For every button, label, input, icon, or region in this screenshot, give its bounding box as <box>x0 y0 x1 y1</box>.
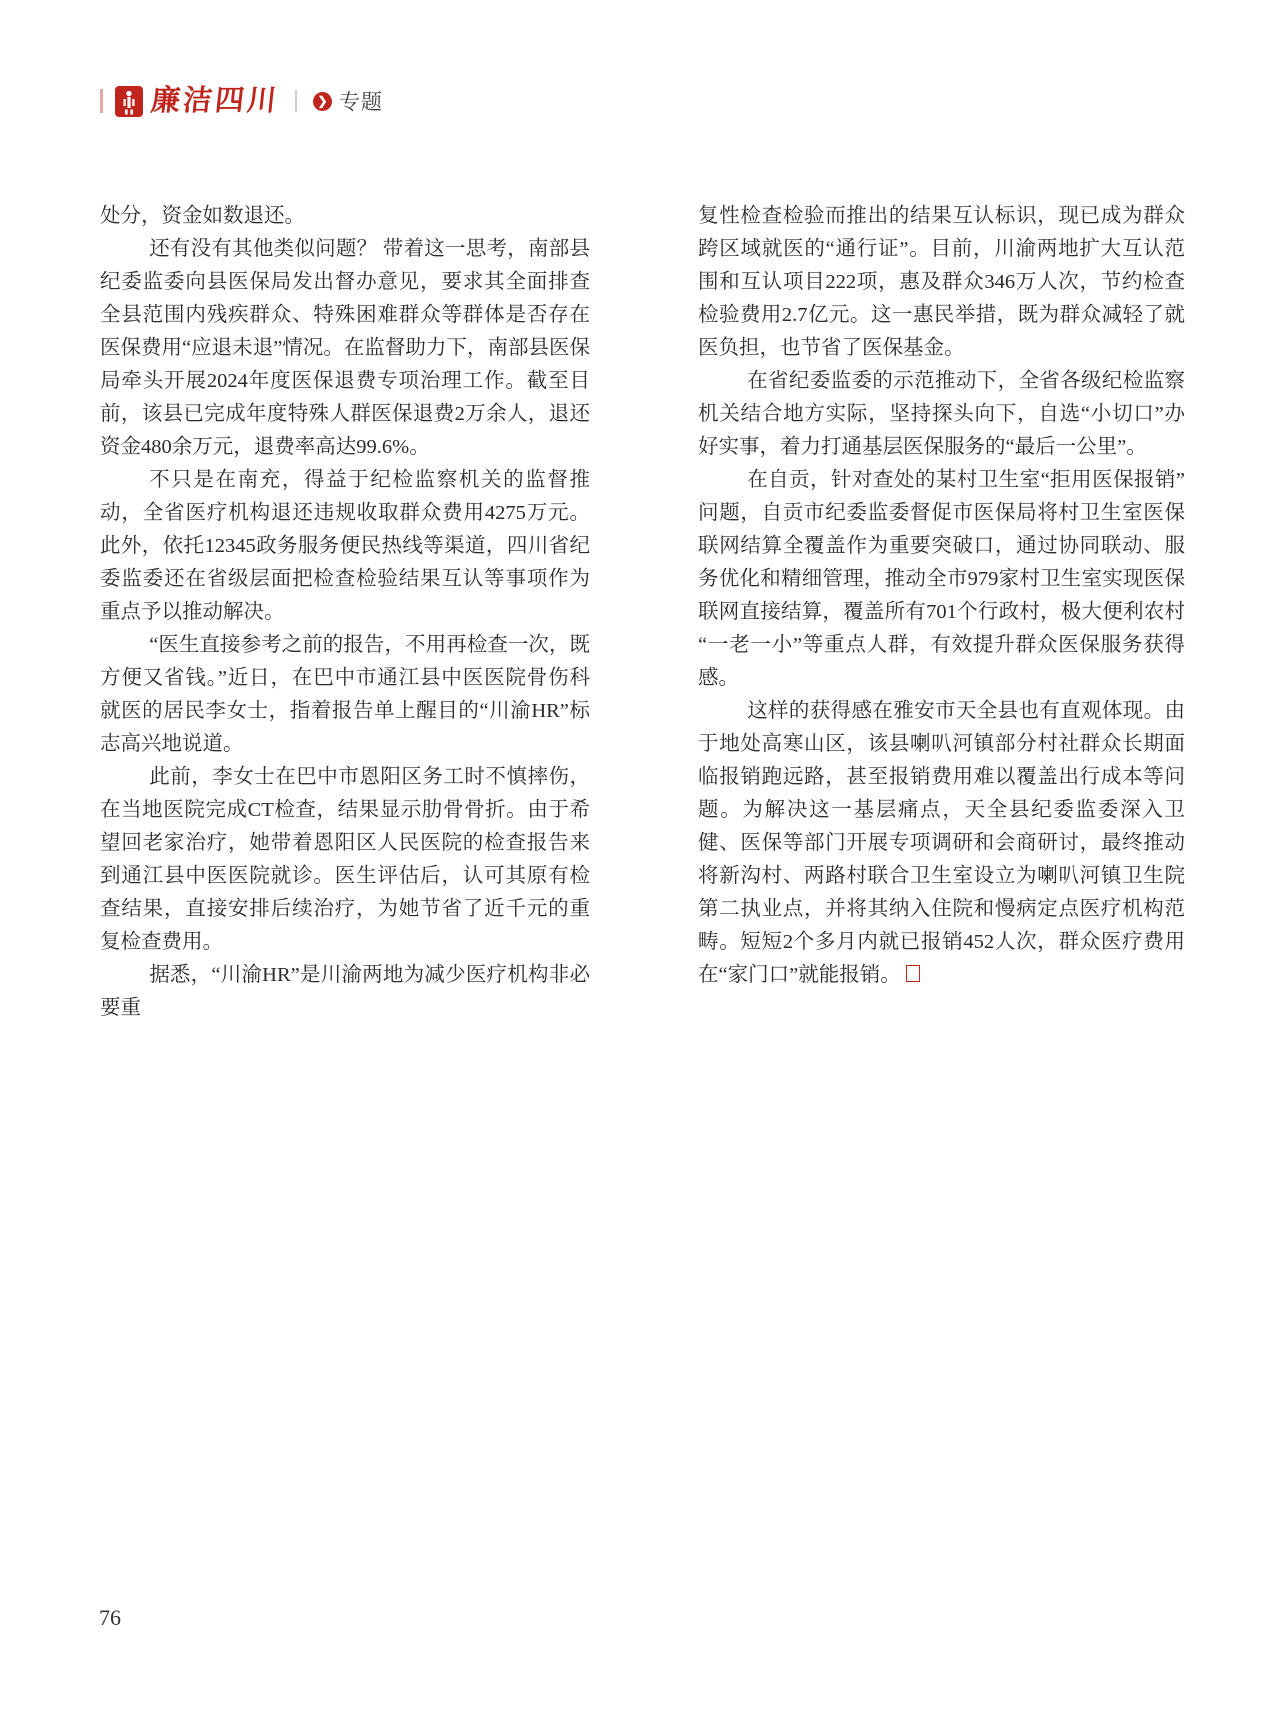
lianjie-sichuan-seal-icon <box>115 86 143 117</box>
paragraph: “医生直接参考之前的报告，不用再检查一次，既方便又省钱。”近日，在巴中市通江县中… <box>100 629 590 761</box>
paragraph: 此前，李女士在巴中市恩阳区务工时不慎摔伤，在当地医院完成CT检查，结果显示肋骨骨… <box>100 761 590 959</box>
header-divider <box>295 90 297 112</box>
article-end-mark-icon: 廉 <box>906 965 920 982</box>
paragraph: 不只是在南充，得益于纪检监察机关的监督推动，全省医疗机构退还违规收取群众费用42… <box>100 464 590 629</box>
section-arrow-icon: ❯ <box>313 92 332 111</box>
paragraph: 复性检查检验而推出的结果互认标识，现已成为群众跨区域就医的“通行证”。目前，川渝… <box>698 200 1185 365</box>
header-accent-bar <box>100 89 103 113</box>
paragraph: 在自贡，针对查处的某村卫生室“拒用医保报销”问题，自贡市纪委监委督促市医保局将村… <box>698 464 1185 695</box>
paragraph: 处分，资金如数退还。 <box>100 200 590 233</box>
lianjie-sichuan-logo-text: 廉洁四川 <box>149 87 280 116</box>
article-right-column: 复性检查检验而推出的结果互认标识，现已成为群众跨区域就医的“通行证”。目前，川渝… <box>698 200 1185 1025</box>
paragraph: 据悉，“川渝HR”是川渝两地为减少医疗机构非必要重 <box>100 959 590 1025</box>
paragraph: 这样的获得感在雅安市天全县也有直观体现。由于地处高寒山区，该县喇叭河镇部分村社群… <box>698 695 1185 992</box>
article-left-column: 处分，资金如数退还。 还有没有其他类似问题？ 带着这一思考，南部县纪委监委向县医… <box>100 200 590 1025</box>
magazine-page: 廉洁四川 ❯ 专题 处分，资金如数退还。 还有没有其他类似问题？ 带着这一思考，… <box>0 0 1280 1729</box>
paragraph-text: 这样的获得感在雅安市天全县也有直观体现。由于地处高寒山区，该县喇叭河镇部分村社群… <box>698 700 1185 986</box>
paragraph: 还有没有其他类似问题？ 带着这一思考，南部县纪委监委向县医保局发出督办意见，要求… <box>100 233 590 464</box>
paragraph: 在省纪委监委的示范推动下，全省各级纪检监察机关结合地方实际，坚持探头向下，自选“… <box>698 365 1185 464</box>
article-body: 处分，资金如数退还。 还有没有其他类似问题？ 带着这一思考，南部县纪委监委向县医… <box>100 200 1185 1025</box>
page-number: 76 <box>99 1605 121 1631</box>
page-header: 廉洁四川 ❯ 专题 <box>100 84 383 118</box>
section-label: 专题 <box>339 86 383 116</box>
